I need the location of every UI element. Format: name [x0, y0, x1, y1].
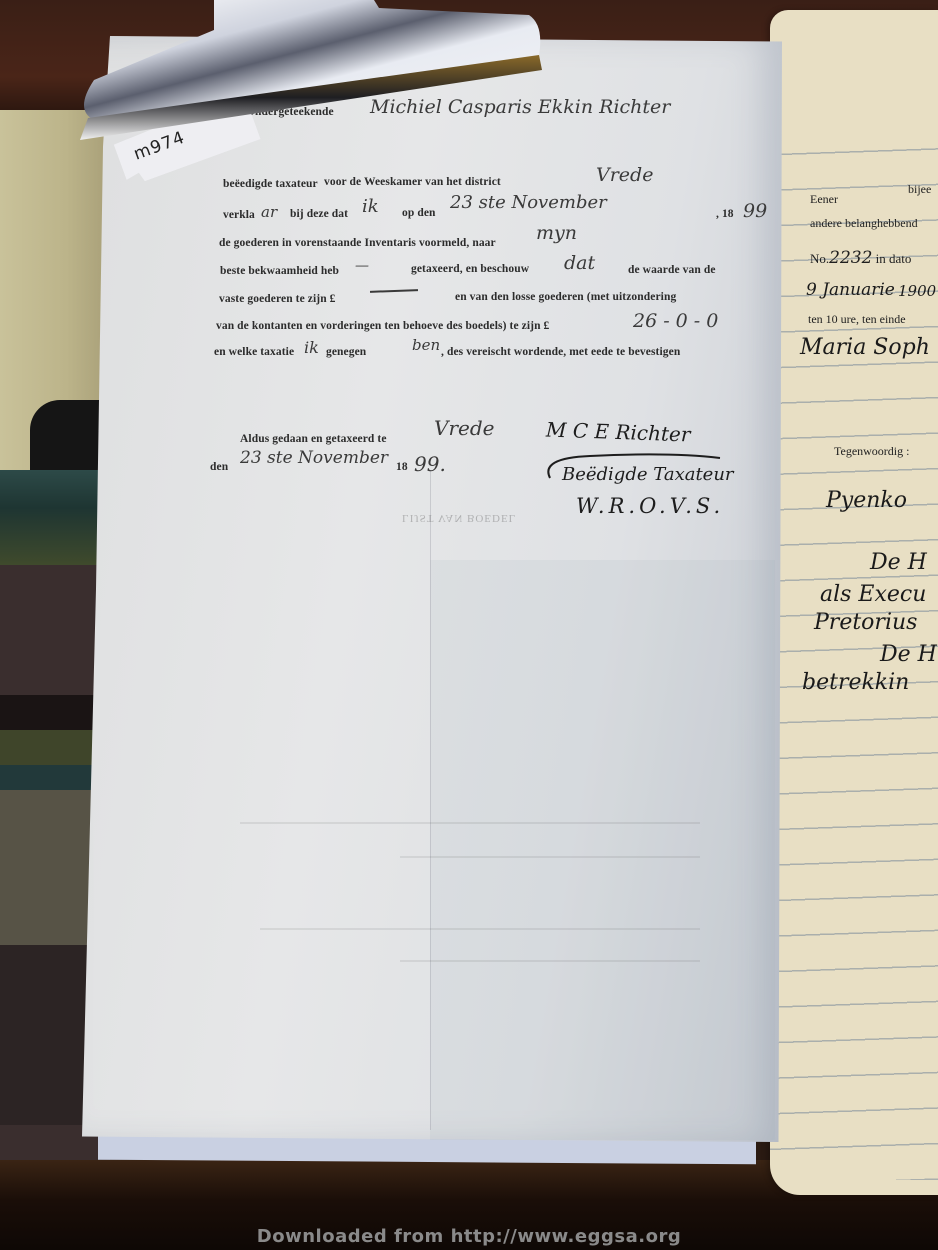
- printed-text: voor de Weeskamer van het district: [324, 176, 501, 188]
- handwritten-dash: —: [355, 258, 369, 274]
- handwritten-district: Vrede: [596, 164, 653, 186]
- ledger-handwritten-line: De H: [880, 642, 937, 667]
- printed-text: verkla: [223, 209, 255, 221]
- printed-text: getaxeerd, en beschouw: [411, 263, 529, 275]
- ledger-handwritten-line: Pretorius: [814, 610, 917, 635]
- ledger-text: Eener: [810, 192, 838, 207]
- handwritten-year: 99.: [414, 452, 446, 476]
- printed-text: , 18: [716, 208, 734, 220]
- ledger-handwritten-line: Pyenko: [826, 488, 907, 513]
- printed-text: 18: [396, 461, 408, 473]
- ledger-text: andere belanghebbend: [810, 216, 918, 231]
- faded-bleedthrough-line: [400, 960, 700, 962]
- signature-title: Beëdigde Taxateur: [562, 464, 734, 485]
- watermark-download-source: Downloaded from http://www.eggsa.org: [0, 1226, 938, 1247]
- ledger-handwritten-name: Maria Soph: [800, 335, 930, 360]
- signature-suffix: W.R.O.V.S.: [576, 494, 724, 518]
- ledger-tegenwoordig-label: Tegenwoordig :: [834, 444, 909, 459]
- printed-text: genegen: [326, 346, 366, 358]
- handwritten-year: 99: [743, 200, 767, 222]
- ledger-handwritten-line: betrekkin: [802, 670, 909, 695]
- ledger-handwritten-line: als Execu: [820, 582, 926, 607]
- background-dark-object: [30, 400, 110, 470]
- printed-text: de waarde van de: [628, 264, 716, 276]
- background-shelf: [0, 470, 110, 565]
- handwritten-place: Vrede: [434, 416, 494, 440]
- printed-text: vaste goederen te zijn £: [219, 293, 336, 305]
- ledger-number-row: No.2232 in dato: [810, 248, 911, 268]
- signature-name: M C E Richter: [546, 417, 691, 446]
- handwritten-date: 23 ste November: [450, 192, 607, 213]
- ledger-text: No.: [810, 251, 829, 266]
- printed-text: den: [210, 461, 228, 473]
- faded-bleedthrough-line: [400, 856, 700, 858]
- printed-text: de goederen in vorenstaande Inventaris v…: [219, 237, 496, 249]
- ledger-book-page: Eener bijee andere belanghebbend No.2232…: [770, 10, 938, 1195]
- printed-text: en van den losse goederen (met uitzonder…: [455, 291, 676, 303]
- handwritten-text: ik: [304, 338, 319, 357]
- printed-text: beëedigde taxateur: [223, 178, 318, 190]
- handwritten-text: myn: [536, 222, 577, 244]
- printed-text: op den: [402, 207, 436, 219]
- printed-text: van de kontanten en vorderingen ten beho…: [216, 320, 549, 332]
- faded-bleedthrough-text: LIJST VAN BOEDEL: [402, 512, 516, 524]
- handwritten-text: ben: [412, 336, 440, 354]
- document-fold-line: [430, 470, 431, 1130]
- faded-bleedthrough-line: [240, 822, 700, 824]
- document-fold-shade: [430, 560, 775, 1140]
- ledger-text: ten 10 ure, ten einde: [808, 312, 906, 327]
- ledger-handwritten-number: 2232: [829, 248, 872, 268]
- printed-text: beste bekwaamheid heb: [220, 265, 339, 277]
- printed-text: , des vereischt wordende, met eede te be…: [441, 346, 680, 358]
- ledger-handwritten-date: 9 Januarie: [806, 280, 895, 300]
- printed-text: en welke taxatie: [214, 346, 294, 358]
- handwritten-text: dat: [564, 252, 595, 274]
- handwritten-text: ik: [362, 196, 379, 217]
- handwritten-amount: 26 - 0 - 0: [633, 310, 718, 332]
- ledger-text: bijee: [908, 182, 931, 197]
- printed-text: Aldus gedaan en getaxeerd te: [240, 433, 387, 445]
- ledger-handwritten-year: 1900: [898, 282, 936, 300]
- handwritten-date: 23 ste November: [240, 448, 388, 468]
- bulldog-clip-icon: [74, 0, 544, 140]
- ledger-text: in dato: [876, 251, 912, 266]
- printed-text: bij deze dat: [290, 208, 348, 220]
- faded-bleedthrough-line: [260, 928, 700, 930]
- ledger-handwritten-line: De H: [870, 550, 927, 575]
- handwritten-text: ar: [261, 203, 277, 221]
